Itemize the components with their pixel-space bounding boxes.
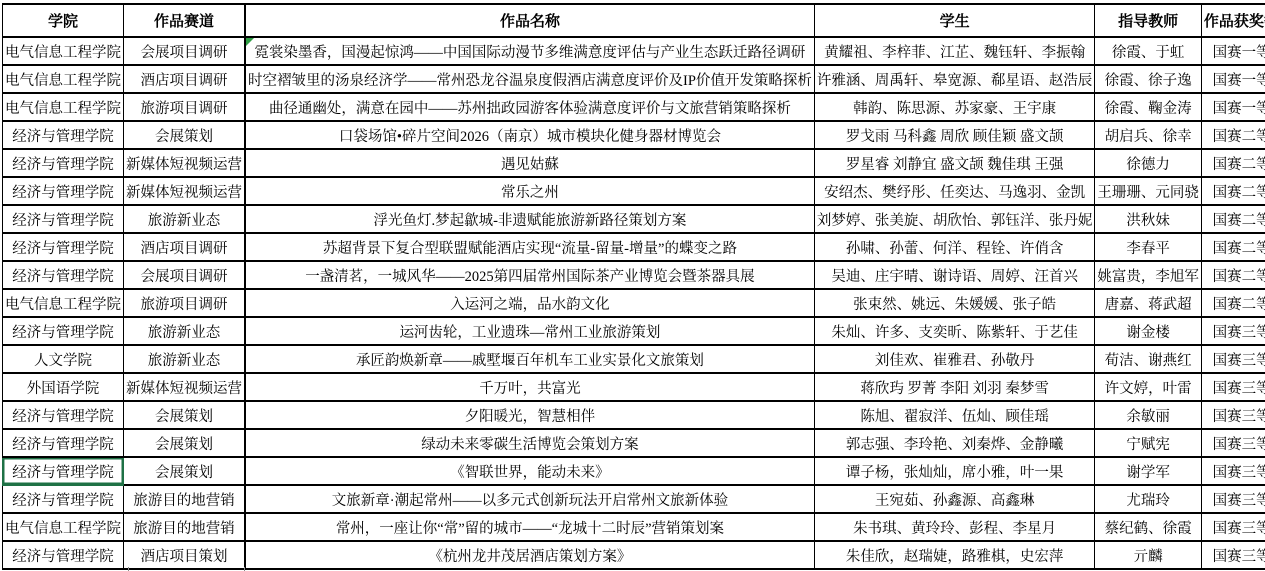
cell-track[interactable]: 酒店项目调研 [124,65,246,93]
cell-track[interactable]: 会展策划 [124,121,246,149]
cell-students[interactable]: 朱佳欣，赵瑞婕，路雅棋，史宏萍 [814,541,1095,569]
cell-award[interactable]: 国赛二等奖 [1201,177,1265,205]
cell-students[interactable]: 张束然、姚远、朱媛媛、张子皓 [814,289,1095,317]
cell-college[interactable]: 经济与管理学院 [3,401,124,429]
cell-award[interactable]: 国赛三等奖 [1201,345,1265,373]
cell-award[interactable]: 国赛三等奖 [1201,429,1265,457]
cell-award[interactable]: 国赛二等奖 [1201,149,1265,177]
cell-award[interactable]: 国赛三等奖 [1201,457,1265,485]
cell-college[interactable]: 电气信息工程学院 [3,93,124,121]
cell-college[interactable]: 经济与管理学院 [3,149,124,177]
awards-table: 学院作品赛道作品名称学生指导教师作品获奖等次 电气信息工程学院会展项目调研霓裳染… [2,3,1265,570]
table-row: 经济与管理学院旅游新业态浮光鱼灯.梦起歙城-非遗赋能旅游新路径策划方案刘梦婷、张… [3,205,1265,233]
cell-college[interactable]: 经济与管理学院 [3,177,124,205]
cell-track[interactable]: 酒店项目策划 [124,541,246,569]
cell-teachers[interactable]: 徐霞、于虹 [1095,37,1202,65]
cell-students[interactable]: 朱书琪、黄玲玲、彭程、李星月 [814,513,1095,541]
cell-teachers[interactable]: 李春平 [1095,233,1202,261]
header-row: 学院作品赛道作品名称学生指导教师作品获奖等次 [3,4,1265,37]
cell-award[interactable]: 国赛一等奖 [1201,37,1265,65]
cell-college[interactable]: 电气信息工程学院 [3,65,124,93]
error-indicator-triangle-icon [246,38,254,46]
cell-track[interactable]: 会展策划 [124,401,246,429]
cell-college[interactable]: 经济与管理学院 [3,121,124,149]
cell-track[interactable]: 旅游新业态 [124,317,246,345]
cell-students[interactable]: 陈旭、翟寂洋、伍灿、顾佳瑶 [814,401,1095,429]
table-row: 外国语学院新媒体短视频运营千万叶，共富光蒋欣玙 罗菁 李阳 刘羽 秦梦雪许文婷，… [3,373,1265,401]
cell-teachers[interactable]: 尤瑞玲 [1095,485,1202,513]
cell-track[interactable]: 旅游新业态 [124,345,246,373]
cell-track[interactable]: 会展策划 [124,429,246,457]
cell-students[interactable]: 安绍杰、樊纾彤、任奕达、马逸羽、金凯 [814,177,1095,205]
table-row: 经济与管理学院旅游新业态运河齿轮，工业遗珠—常州工业旅游策划朱灿、许多、支奕昕、… [3,317,1265,345]
cell-title[interactable]: 文旅新章·潮起常州——以多元式创新玩法开启常州文旅新体验 [245,485,814,513]
cell-students[interactable]: 郭志强、李玲艳、刘秦烨、金静曦 [814,429,1095,457]
cell-teachers[interactable]: 宁赋宪 [1095,429,1202,457]
cell-students[interactable]: 刘梦婷、张美旋、胡欣怡、郭钰洋、张丹妮 [814,205,1095,233]
column-header-title[interactable]: 作品名称 [245,4,814,37]
column-header-teachers[interactable]: 指导教师 [1095,4,1202,37]
table-row: 经济与管理学院新媒体短视频运营常乐之州安绍杰、樊纾彤、任奕达、马逸羽、金凯王珊珊… [3,177,1265,205]
table-row: 经济与管理学院会展策划绿动未来零碳生活博览会策划方案郭志强、李玲艳、刘秦烨、金静… [3,429,1265,457]
cell-track[interactable]: 会展策划 [124,457,246,485]
cell-title[interactable]: 夕阳暖光，智慧相伴 [245,401,814,429]
cell-students[interactable]: 黄耀祖、李梓菲、江芷、魏钰轩、李振翰 [814,37,1095,65]
table-row: 经济与管理学院会展策划夕阳暖光，智慧相伴陈旭、翟寂洋、伍灿、顾佳瑶余敏丽国赛三等… [3,401,1265,429]
cell-students[interactable]: 蒋欣玙 罗菁 李阳 刘羽 秦梦雪 [814,373,1095,401]
table-row: 经济与管理学院会展项目调研一盏清茗，一城风华——2025第四届常州国际茶产业博览… [3,261,1265,289]
cell-college[interactable]: 经济与管理学院 [3,205,124,233]
selected-cell[interactable]: 经济与管理学院 [3,457,124,485]
cell-teachers[interactable]: 许文婷，叶雷 [1095,373,1202,401]
cell-award[interactable]: 国赛三等奖 [1201,513,1265,541]
cell-college[interactable]: 经济与管理学院 [3,233,124,261]
cell-title[interactable]: 苏超背景下复合型联盟赋能酒店实现“流量-留量-增量”的蝶变之路 [245,233,814,261]
table-row: 电气信息工程学院旅游目的地营销常州，一座让你“常”留的城市——“龙城十二时辰”营… [3,513,1265,541]
cell-track[interactable]: 旅游新业态 [124,205,246,233]
grid-line-stub [244,567,245,571]
cell-teachers[interactable]: 姚富贵，李旭军 [1095,261,1202,289]
cell-teachers[interactable]: 荀洁、谢燕红 [1095,345,1202,373]
cell-college[interactable]: 经济与管理学院 [3,485,124,513]
cell-title[interactable]: 一盏清茗，一城风华——2025第四届常州国际茶产业博览会暨茶器具展 [245,261,814,289]
cell-track[interactable]: 会展项目调研 [124,37,246,65]
cell-award[interactable]: 国赛三等奖 [1201,373,1265,401]
cell-college[interactable]: 经济与管理学院 [3,261,124,289]
cell-title[interactable]: 口袋场馆•碎片空间2026（南京）城市模块化健身器材博览会 [245,121,814,149]
table-row: 电气信息工程学院旅游项目调研曲径通幽处，满意在园中——苏州拙政园游客体验满意度评… [3,93,1265,121]
cell-students[interactable]: 孙啸、孙蕾、何洋、程铨、许俏含 [814,233,1095,261]
cell-teachers[interactable]: 胡启兵、徐幸 [1095,121,1202,149]
cell-teachers[interactable]: 余敏丽 [1095,401,1202,429]
cell-title[interactable]: 曲径通幽处，满意在园中——苏州拙政园游客体验满意度评价与文旅营销策略探析 [245,93,814,121]
cell-title[interactable]: 常州，一座让你“常”留的城市——“龙城十二时辰”营销策划案 [245,513,814,541]
cell-students[interactable]: 韩韵、陈思源、苏家豪、王宇康 [814,93,1095,121]
cell-title[interactable]: 浮光鱼灯.梦起歙城-非遗赋能旅游新路径策划方案 [245,205,814,233]
cell-students[interactable]: 王宛茹、孙鑫源、高鑫琳 [814,485,1095,513]
cell-track[interactable]: 会展项目调研 [124,261,246,289]
cell-track[interactable]: 旅游目的地营销 [124,485,246,513]
column-header-students[interactable]: 学生 [814,4,1095,37]
cell-award[interactable]: 国赛二等奖 [1201,233,1265,261]
column-header-track[interactable]: 作品赛道 [124,4,246,37]
cell-college[interactable]: 经济与管理学院 [3,541,124,569]
cell-track[interactable]: 旅游项目调研 [124,93,246,121]
cell-track[interactable]: 酒店项目调研 [124,233,246,261]
table-row: 经济与管理学院酒店项目调研苏超背景下复合型联盟赋能酒店实现“流量-留量-增量”的… [3,233,1265,261]
cell-college[interactable]: 电气信息工程学院 [3,289,124,317]
column-header-college[interactable]: 学院 [3,4,124,37]
cell-title[interactable]: 常乐之州 [245,177,814,205]
cell-award[interactable]: 国赛三等奖 [1201,317,1265,345]
cell-title[interactable]: 承匠韵焕新章——戚墅堰百年机车工业实景化文旅策划 [245,345,814,373]
cell-track[interactable]: 旅游项目调研 [124,289,246,317]
cell-award[interactable]: 国赛一等奖 [1201,65,1265,93]
cell-teachers[interactable]: 王珊珊、元同骁 [1095,177,1202,205]
cell-college[interactable]: 经济与管理学院 [3,429,124,457]
cell-college[interactable]: 人文学院 [3,345,124,373]
cell-title[interactable]: 时空褶皱里的汤泉经济学——常州恐龙谷温泉度假酒店满意度评价及IP价值开发策略探析 [245,65,814,93]
cell-award[interactable]: 国赛三等奖 [1201,485,1265,513]
cell-college[interactable]: 电气信息工程学院 [3,513,124,541]
cell-college[interactable]: 电气信息工程学院 [3,37,124,65]
cell-students[interactable]: 朱灿、许多、支奕昕、陈紫轩、于艺佳 [814,317,1095,345]
cell-track[interactable]: 新媒体短视频运营 [124,373,246,401]
table-row: 电气信息工程学院旅游项目调研入运河之端，品水韵文化张束然、姚远、朱媛媛、张子皓唐… [3,289,1265,317]
table-row: 经济与管理学院新媒体短视频运营遇见姑蘇罗星睿 刘静宜 盛文颉 魏佳琪 王强徐德力… [3,149,1265,177]
cell-students[interactable]: 刘佳欢、崔雅君、孙敬丹 [814,345,1095,373]
cell-award[interactable]: 国赛二等奖 [1201,121,1265,149]
cell-award[interactable]: 国赛二等奖 [1201,205,1265,233]
cell-teachers[interactable]: 徐霞、徐子逸 [1095,65,1202,93]
cell-students[interactable]: 吴迪、庄宇晴、谢诗语、周婷、汪首兴 [814,261,1095,289]
cell-college[interactable]: 经济与管理学院 [3,317,124,345]
table-row: 经济与管理学院会展策划《智联世界，能动未来》谭子杨，张灿灿，席小雅，叶一果谢学军… [3,457,1265,485]
cell-title[interactable]: 《杭州龙井茂居酒店策划方案》 [245,541,814,569]
cell-award[interactable]: 国赛三等奖 [1201,401,1265,429]
cell-college[interactable]: 外国语学院 [3,373,124,401]
grid-line-stub [128,567,129,571]
table-row: 经济与管理学院会展策划口袋场馆•碎片空间2026（南京）城市模块化健身器材博览会… [3,121,1265,149]
cell-students[interactable]: 罗戈雨 马科鑫 周欣 顾佳颖 盛文颉 [814,121,1095,149]
table-row: 经济与管理学院酒店项目策划《杭州龙井茂居酒店策划方案》朱佳欣，赵瑞婕，路雅棋，史… [3,541,1265,569]
cell-teachers[interactable]: 谢学军 [1095,457,1202,485]
cell-teachers[interactable]: 亓麟 [1095,541,1202,569]
cell-students[interactable]: 罗星睿 刘静宜 盛文颉 魏佳琪 王强 [814,149,1095,177]
cell-title[interactable]: 千万叶，共富光 [245,373,814,401]
cell-track[interactable]: 旅游目的地营销 [124,513,246,541]
cell-title[interactable]: 《智联世界，能动未来》 [245,457,814,485]
column-header-award[interactable]: 作品获奖等次 [1201,4,1265,37]
cell-teachers[interactable]: 徐霞、鞠金涛 [1095,93,1202,121]
table-row: 电气信息工程学院会展项目调研霓裳染墨香，国漫起惊鸿——中国国际动漫节多维满意度评… [3,37,1265,65]
cell-title[interactable]: 绿动未来零碳生活博览会策划方案 [245,429,814,457]
cell-track[interactable]: 新媒体短视频运营 [124,149,246,177]
cell-teachers[interactable]: 徐德力 [1095,149,1202,177]
cell-award[interactable]: 国赛二等奖 [1201,261,1265,289]
cell-teachers[interactable]: 唐嘉、蒋武超 [1095,289,1202,317]
cell-students[interactable]: 谭子杨，张灿灿，席小雅，叶一果 [814,457,1095,485]
cell-title[interactable]: 遇见姑蘇 [245,149,814,177]
cell-students[interactable]: 许雅涵、周禹轩、皋宽源、郗星语、赵浩辰 [814,65,1095,93]
table-row: 人文学院旅游新业态承匠韵焕新章——戚墅堰百年机车工业实景化文旅策划刘佳欢、崔雅君… [3,345,1265,373]
cell-award[interactable]: 国赛二等奖 [1201,289,1265,317]
cell-title[interactable]: 入运河之端，品水韵文化 [245,289,814,317]
cell-award[interactable]: 国赛一等奖 [1201,93,1265,121]
cell-teachers[interactable]: 谢金楼 [1095,317,1202,345]
cell-teachers[interactable]: 洪秋妹 [1095,205,1202,233]
table-row: 经济与管理学院旅游目的地营销文旅新章·潮起常州——以多元式创新玩法开启常州文旅新… [3,485,1265,513]
table-row: 电气信息工程学院酒店项目调研时空褶皱里的汤泉经济学——常州恐龙谷温泉度假酒店满意… [3,65,1265,93]
cell-title[interactable]: 霓裳染墨香，国漫起惊鸿——中国国际动漫节多维满意度评估与产业生态跃迁路径调研 [245,37,814,65]
cell-track[interactable]: 新媒体短视频运营 [124,177,246,205]
cell-teachers[interactable]: 蔡纪鹤、徐霞 [1095,513,1202,541]
cell-award[interactable]: 国赛三等奖 [1201,541,1265,569]
cell-title[interactable]: 运河齿轮，工业遗珠—常州工业旅游策划 [245,317,814,345]
